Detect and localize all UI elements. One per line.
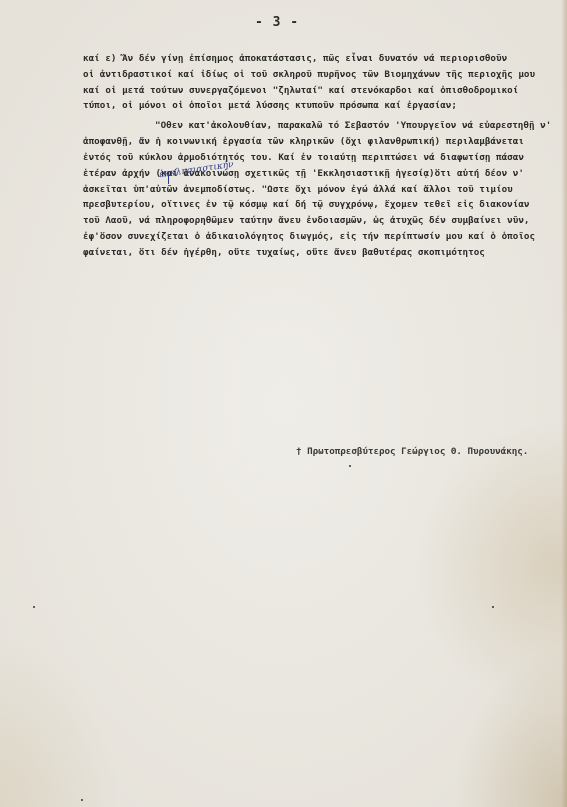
- page-number: - 3 -: [255, 15, 299, 30]
- text-line: ἀσκεῖται ὑπ'αὐτῶν ἀνεμποδίστως. "Ωστε ὄχ…: [83, 184, 513, 195]
- text-line: καί οἱ μετά τούτων συνεργαζόμενοι "ζηλωτ…: [83, 85, 518, 96]
- paper-speck: [492, 606, 494, 608]
- paper-speck: [33, 606, 35, 608]
- text-line: τοῦ Λαοῦ, νά πληροφορηθῶμεν ταύτην ἄνευ …: [83, 215, 530, 226]
- text-line: φαίνεται, ὅτι δέν ἠγέρθη, οὔτε τυχαίως, …: [83, 247, 485, 258]
- signature-line: † Πρωτοπρεσβύτερος Γεώργιος Θ. Πυρουνάκη…: [296, 446, 528, 457]
- paper-speck: [81, 799, 83, 801]
- text-line: ἑτέραν ἀρχήν (καί ἀνακοινώσῃ σχετικῶς τῇ…: [83, 168, 524, 179]
- text-line: καί ε) Ἄν δέν γίνῃ ἐπίσημος ἀποκατάστασι…: [83, 53, 507, 64]
- handwritten-insertion-mark: [168, 172, 170, 184]
- text-line: ἐντός τοῦ κύκλου ἁρμοδιότητός του. Καί ἐ…: [83, 152, 524, 163]
- text-line: τύποι, οἱ μόνοι οἱ ὁποῖοι μετά λύσσης κτ…: [83, 100, 457, 111]
- paper-speck: [349, 465, 351, 467]
- text-line: οἱ ἀντιδραστικοί καί ἰδίως οἱ τοῦ σκληρο…: [83, 69, 535, 80]
- text-line-indented: "Οθεν κατ'ἀκολουθίαν, παρακαλῶ τό Σεβαστ…: [155, 120, 551, 131]
- scanned-document-page: - 3 - καί ε) Ἄν δέν γίνῃ ἐπίσημος ἀποκατ…: [0, 0, 567, 807]
- text-line: ἐφ'ὅσον συνεχίζεται ὁ ἀδικαιολόγητος διω…: [83, 231, 535, 242]
- text-line: πρεσβυτερίου, οἵτινες ἐν τῷ κόσμῳ καί δή…: [83, 199, 530, 210]
- text-line: ἀποφανθῇ, ἄν ἡ κοινωνική ἐργασία τῶν κλη…: [83, 136, 524, 147]
- paper-edge-stain: [561, 0, 567, 807]
